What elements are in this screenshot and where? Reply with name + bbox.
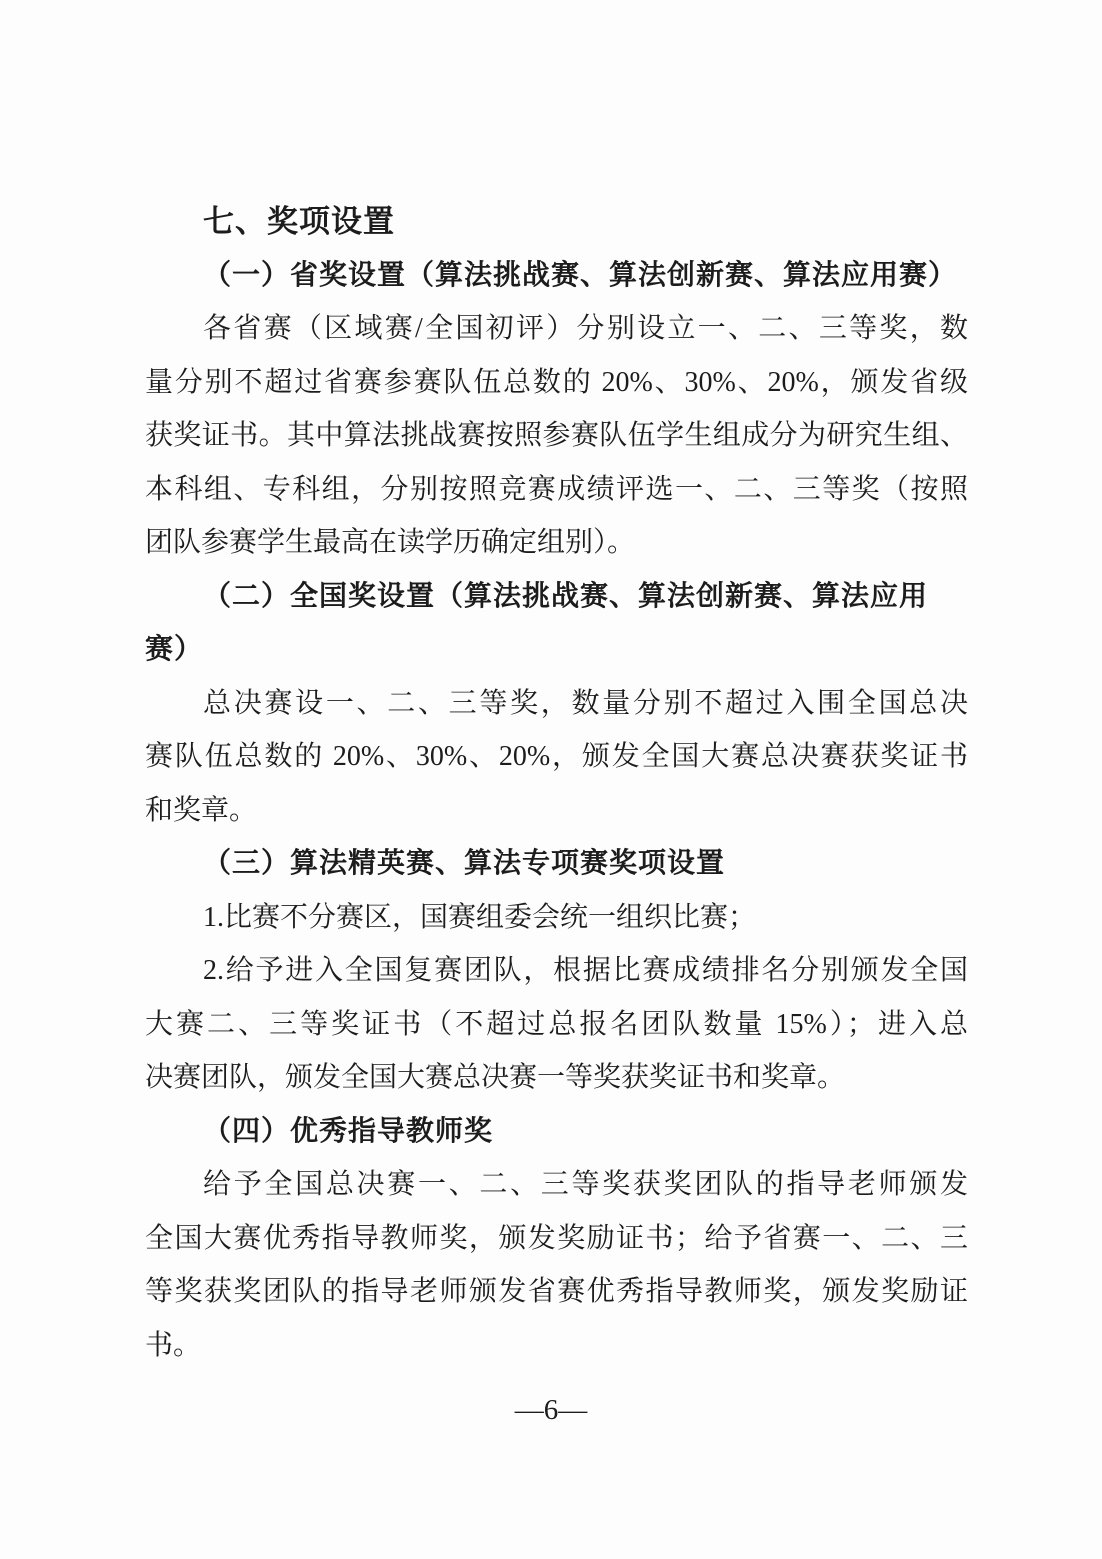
text-line: 和奖章。 — [145, 784, 968, 838]
text-line: 1.比赛不分赛区，国赛组委会统一组织比赛； — [145, 891, 968, 945]
text-line: 各省赛（区域赛/全国初评）分别设立一、二、三等奖，数 — [145, 302, 968, 356]
text-line: 本科组、专科组，分别按照竞赛成绩评选一、二、三等奖（按照 — [145, 463, 968, 517]
document-page: 七、奖项设置（一）省奖设置（算法挑战赛、算法创新赛、算法应用赛）各省赛（区域赛/… — [0, 0, 1102, 1559]
text-line: 团队参赛学生最高在读学历确定组别）。 — [145, 516, 968, 570]
text-line: 总决赛设一、二、三等奖，数量分别不超过入围全国总决 — [145, 677, 968, 731]
text-line: 全国大赛优秀指导教师奖，颁发奖励证书；给予省赛一、二、三 — [145, 1212, 968, 1266]
subsection-heading: （一）省奖设置（算法挑战赛、算法创新赛、算法应用赛） — [145, 249, 968, 303]
text-line: 给予全国总决赛一、二、三等奖获奖团队的指导老师颁发 — [145, 1158, 968, 1212]
text-line: 决赛团队，颁发全国大赛总决赛一等奖获奖证书和奖章。 — [145, 1051, 968, 1105]
subsection-heading: （四）优秀指导教师奖 — [145, 1105, 968, 1159]
text-line: 2.给予进入全国复赛团队，根据比赛成绩排名分别颁发全国 — [145, 944, 968, 998]
text-line: 等奖获奖团队的指导老师颁发省赛优秀指导教师奖，颁发奖励证 — [145, 1265, 968, 1319]
text-line: 量分别不超过省赛参赛队伍总数的 20%、30%、20%，颁发省级 — [145, 356, 968, 410]
text-line: 赛队伍总数的 20%、30%、20%，颁发全国大赛总决赛获奖证书 — [145, 730, 968, 784]
text-line: 书。 — [145, 1319, 968, 1373]
text-line: 获奖证书。其中算法挑战赛按照参赛队伍学生组成分为研究生组、 — [145, 409, 968, 463]
section-heading: 七、奖项设置 — [145, 195, 968, 249]
subsection-heading: （三）算法精英赛、算法专项赛奖项设置 — [145, 837, 968, 891]
text-block: 七、奖项设置（一）省奖设置（算法挑战赛、算法创新赛、算法应用赛）各省赛（区域赛/… — [145, 195, 968, 1372]
text-line: 大赛二、三等奖证书（不超过总报名团队数量 15%）；进入总 — [145, 998, 968, 1052]
page-number: —6— — [0, 1386, 1102, 1434]
subsection-heading: （二）全国奖设置（算法挑战赛、算法创新赛、算法应用 — [145, 570, 968, 624]
subsection-heading: 赛） — [145, 623, 968, 677]
